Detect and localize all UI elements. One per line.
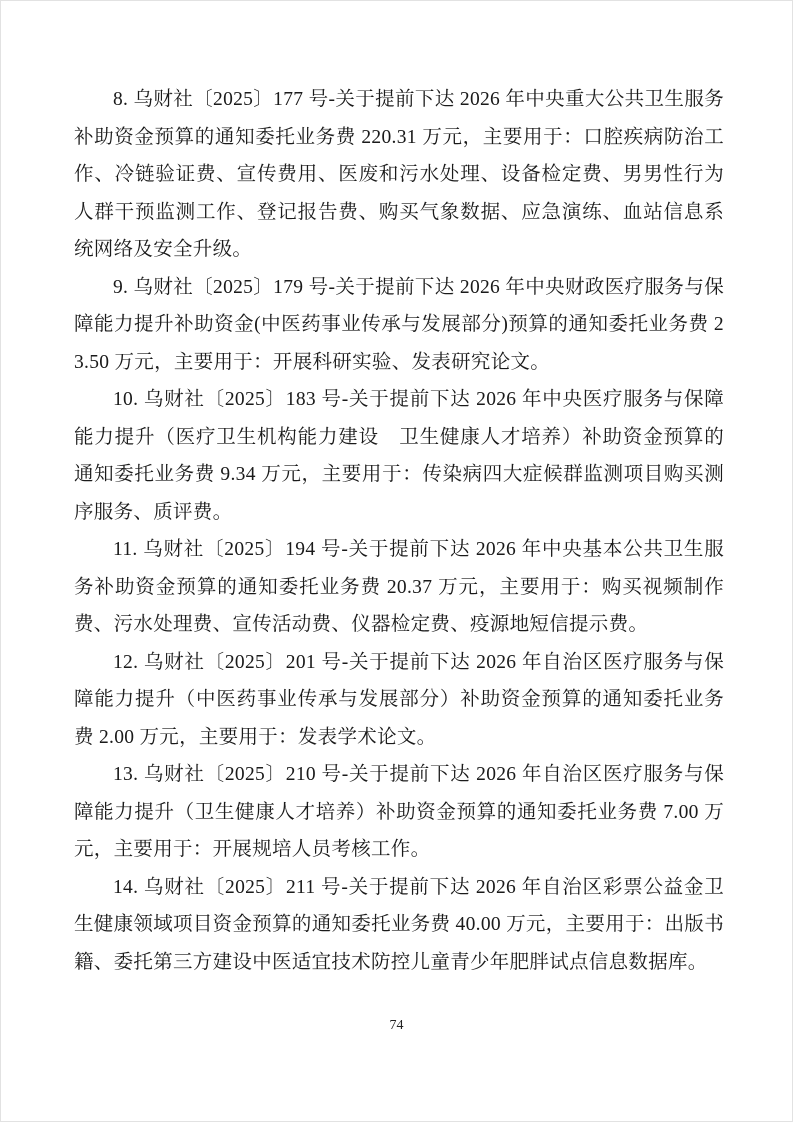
paragraph-item-14: 14. 乌财社〔2025〕211 号-关于提前下达 2026 年自治区彩票公益金… bbox=[74, 869, 724, 982]
page-footer: 74 bbox=[0, 1016, 793, 1034]
paragraph-item-12: 12. 乌财社〔2025〕201 号-关于提前下达 2026 年自治区医疗服务与… bbox=[74, 644, 724, 757]
paragraph-item-8: 8. 乌财社〔2025〕177 号-关于提前下达 2026 年中央重大公共卫生服… bbox=[74, 81, 724, 269]
document-page: 8. 乌财社〔2025〕177 号-关于提前下达 2026 年中央重大公共卫生服… bbox=[0, 0, 793, 1122]
paragraph-item-10: 10. 乌财社〔2025〕183 号-关于提前下达 2026 年中央医疗服务与保… bbox=[74, 381, 724, 531]
paragraph-item-13: 13. 乌财社〔2025〕210 号-关于提前下达 2026 年自治区医疗服务与… bbox=[74, 756, 724, 869]
page-number: 74 bbox=[390, 1018, 404, 1033]
paragraph-item-11: 11. 乌财社〔2025〕194 号-关于提前下达 2026 年中央基本公共卫生… bbox=[74, 531, 724, 644]
document-body: 8. 乌财社〔2025〕177 号-关于提前下达 2026 年中央重大公共卫生服… bbox=[74, 81, 724, 981]
paragraph-item-9: 9. 乌财社〔2025〕179 号-关于提前下达 2026 年中央财政医疗服务与… bbox=[74, 269, 724, 382]
